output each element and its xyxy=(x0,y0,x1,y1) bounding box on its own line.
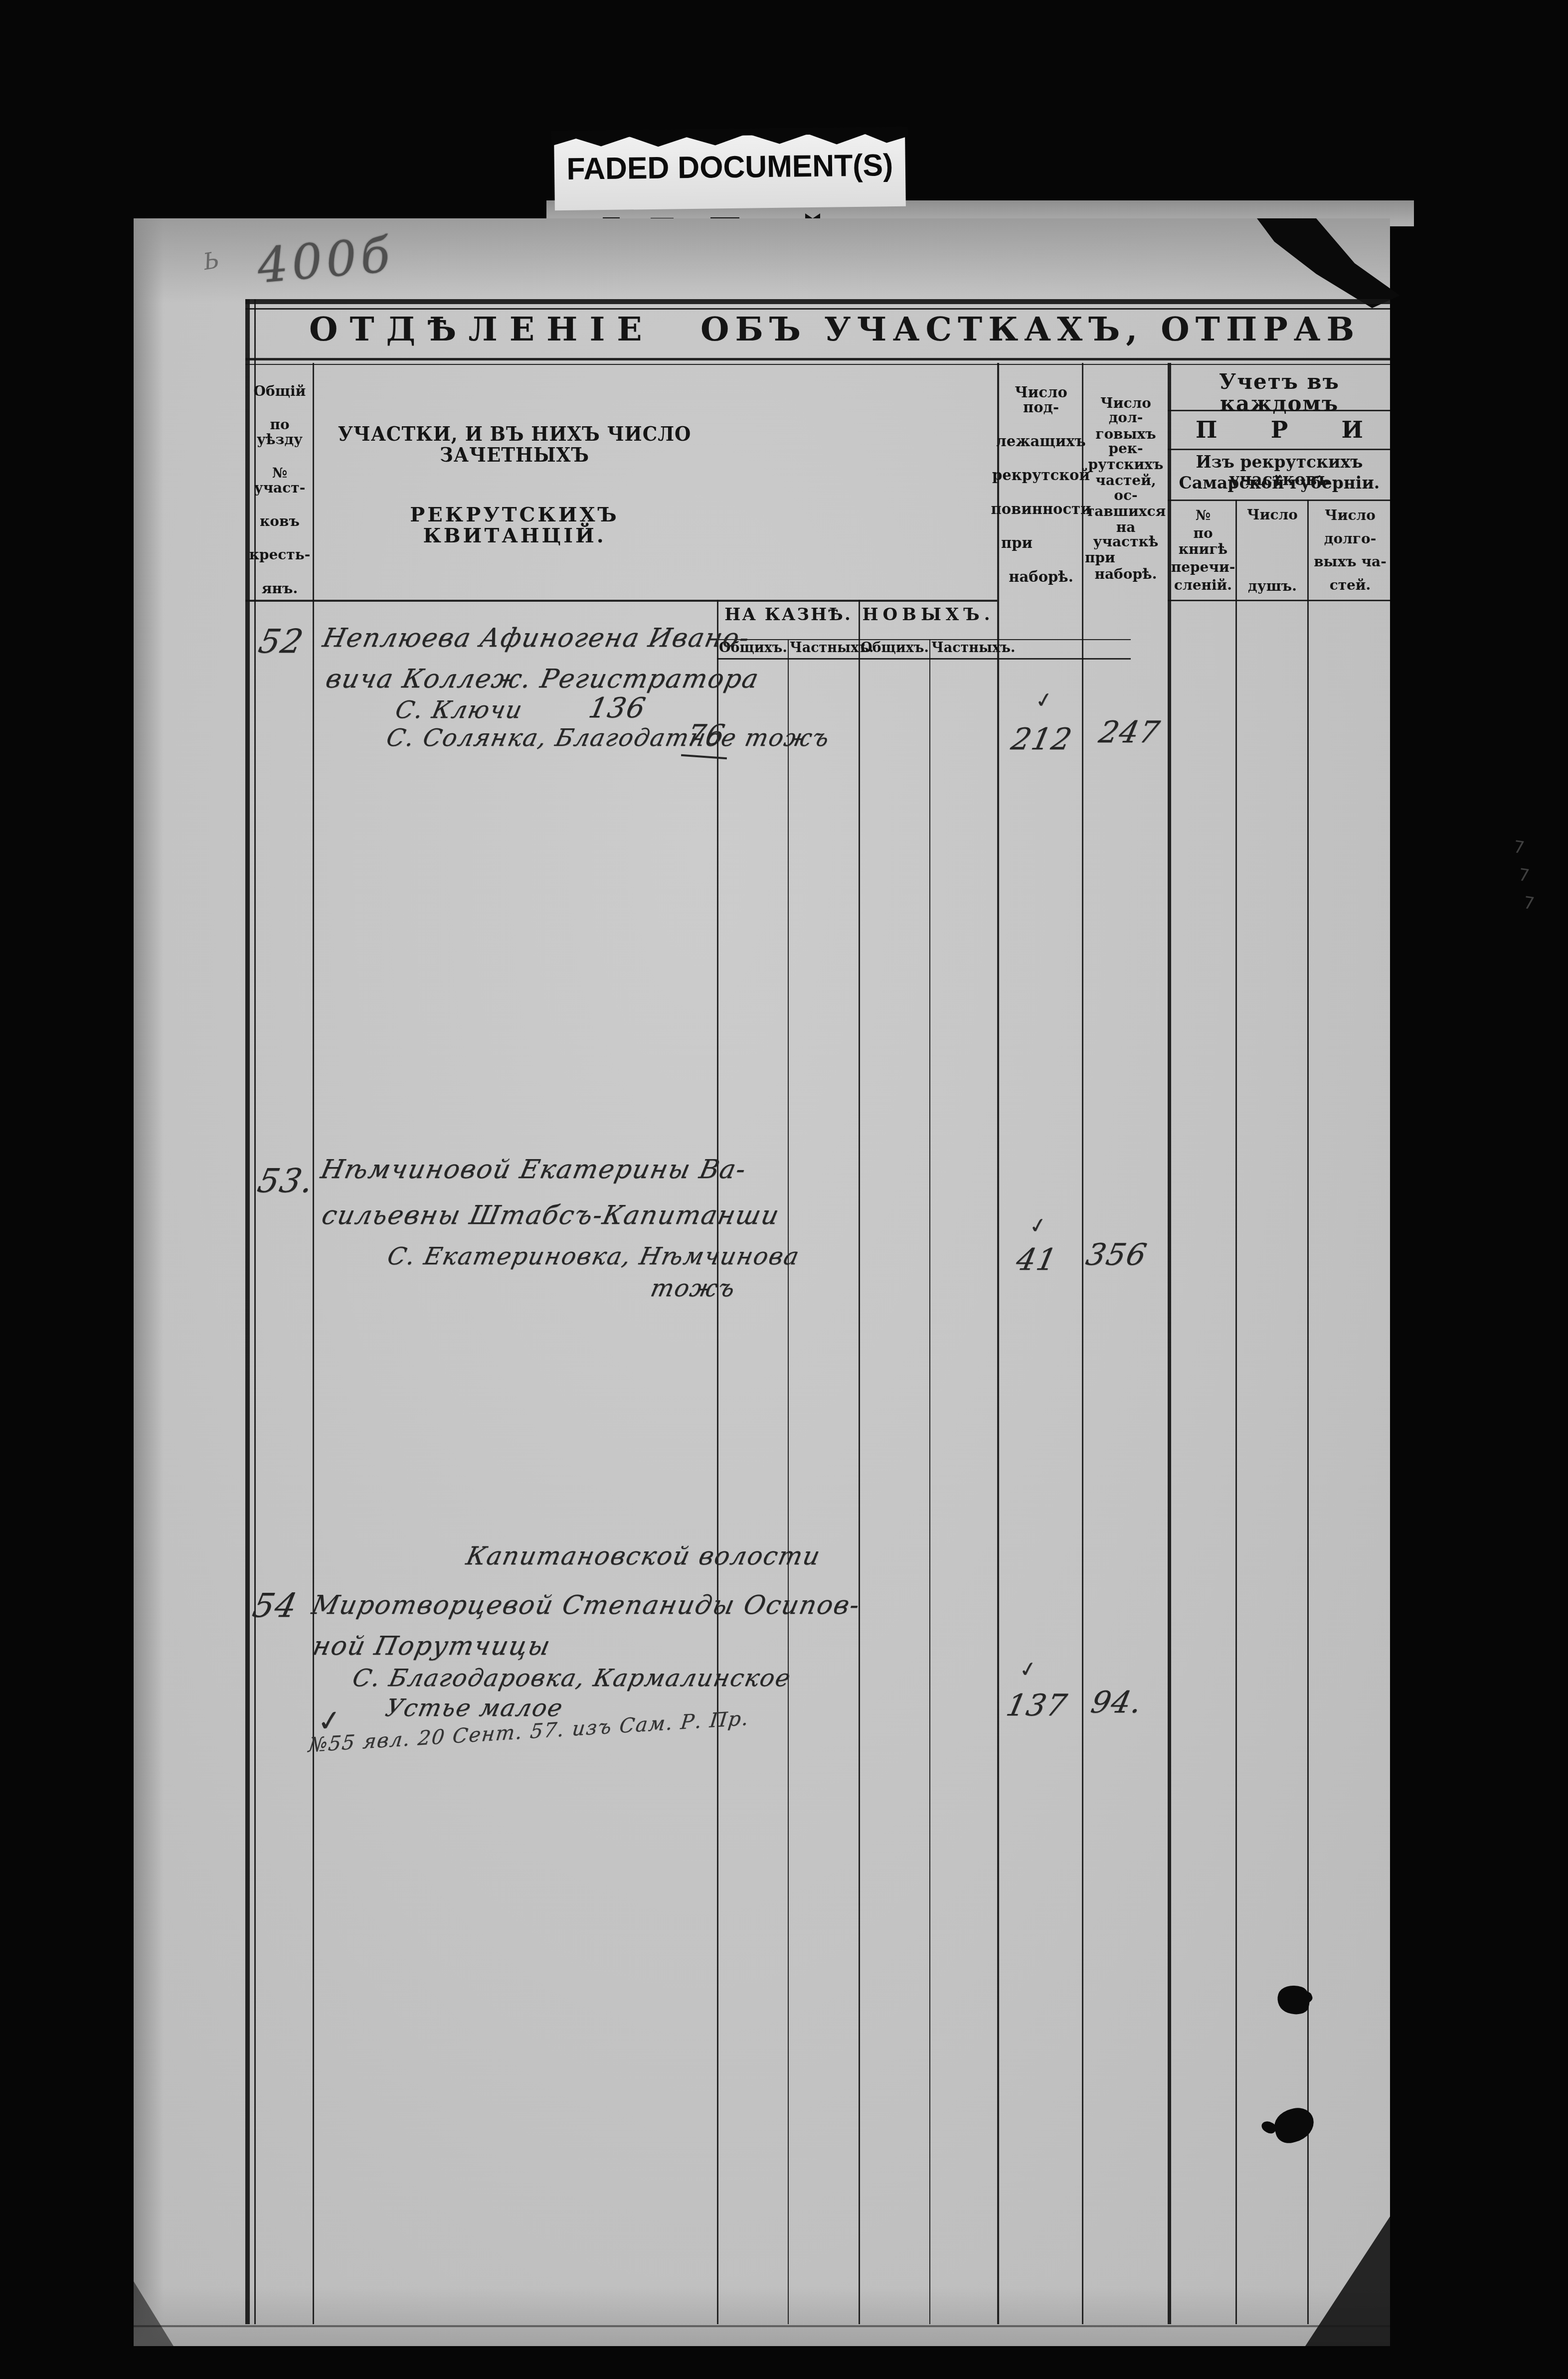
table-hline-title-bottom2 xyxy=(245,364,1390,365)
table-hline-header-bottom-left xyxy=(245,600,997,602)
table-vline-kazna-left xyxy=(717,600,718,2324)
row54-volost-note: Капитановской волости xyxy=(464,1541,823,1570)
table-vline-outer xyxy=(245,299,250,2324)
row53-num-dolg: 356 xyxy=(1083,1237,1150,1272)
row54-place1: С. Благодаровка, Кармалинское xyxy=(350,1664,794,1692)
faded-card-torn-edge xyxy=(551,127,908,149)
row53-checkmark: ✓ xyxy=(1028,1212,1049,1239)
header-iz-line2: Самарской губерніи. xyxy=(1170,475,1389,492)
page-corner-bottom-left xyxy=(134,2281,174,2346)
header-col-uchastki-line2: РЕКРУТСКИХЪ КВИТАНЦІЙ. xyxy=(315,505,714,546)
row54-number: 54 xyxy=(249,1586,301,1625)
photostat-frame: FADED DOCUMENT(S) Ь 400б xyxy=(0,0,1568,2379)
page-left-shade xyxy=(134,218,164,2346)
header-kazna: НА КАЗНѢ. xyxy=(719,606,858,624)
table-title-left: ОТДѢЛЕНІЕ xyxy=(309,312,654,346)
row54-name-line2: ной Порутчицы xyxy=(310,1631,553,1661)
table-title-right: ОБЪ УЧАСТКАХЪ, ОТПРАВ xyxy=(700,312,1389,346)
table-vline-kazna-mid1 xyxy=(788,639,789,2324)
film-edge-mark-2: 7 xyxy=(1517,865,1531,886)
header-sub-dush: Число душъ. xyxy=(1239,508,1305,593)
header-col-uezd: Общій по уѣзду № участ- ковъ кресть- янъ… xyxy=(249,384,310,596)
row52-name-line1: Неплюева Афиногена Ивано- xyxy=(320,623,753,653)
table-vline-sub1 xyxy=(1235,500,1237,2324)
table-vline-col1 xyxy=(313,363,314,2324)
header-novykh: НОВЫХЪ. xyxy=(861,606,996,624)
table-vline-podlezh xyxy=(997,363,999,2324)
film-edge-mark-1: 7 xyxy=(1512,837,1526,858)
header-pri-i: И xyxy=(1342,418,1363,442)
header-kazna-sub-3: Общихъ. xyxy=(861,641,928,655)
header-pri: П Р И xyxy=(1170,418,1389,442)
row54-num-podlezh: 137 xyxy=(1003,1688,1070,1723)
header-kazna-sub-4: Частныхъ. xyxy=(931,641,996,655)
faded-card: FADED DOCUMENT(S) xyxy=(554,134,906,211)
header-sub-dolg: Число долго- выхъ ча- стей. xyxy=(1311,508,1389,593)
row53-place1b: тожъ xyxy=(648,1274,738,1302)
faded-card-label: FADED DOCUMENT(S) xyxy=(558,148,902,187)
row52-checkmark: ✓ xyxy=(1034,686,1055,713)
row52-name-line2: вича Коллеж. Регистратора xyxy=(323,664,762,694)
row52-number: 52 xyxy=(255,622,307,661)
row52-value2: 76 xyxy=(684,719,728,751)
table-hline-header-bottom-right xyxy=(1168,600,1390,601)
ink-blot-2 xyxy=(1271,2104,1318,2146)
table-vline-outer-inner xyxy=(254,299,256,2324)
row53-num-podlezh: 41 xyxy=(1013,1242,1060,1277)
row52-num-podlezh: 212 xyxy=(1008,722,1075,757)
table-vline-dolg xyxy=(1082,363,1083,2324)
table-hline-title-bottom xyxy=(245,358,1390,360)
page-corner-wedge xyxy=(1225,218,1400,308)
table-vline-kazna-mid2 xyxy=(929,639,930,2324)
row52-num-dolg: 247 xyxy=(1096,715,1163,750)
row54-checkmark-right: ✓ xyxy=(1018,1656,1040,1683)
row53-place1: С. Екатериновка, Нѣмчинова xyxy=(385,1242,802,1270)
table-hline-iz xyxy=(1168,500,1390,501)
table-vline-kazna-center xyxy=(859,600,860,2324)
row53-name-line2: сильевны Штабсъ-Капитанши xyxy=(319,1200,782,1230)
header-col-podlezh: Число под- лежащихъ рекрутской повинност… xyxy=(1001,385,1081,584)
row52-value1: 136 xyxy=(586,692,649,724)
pencil-corner-mark: Ь xyxy=(201,246,221,275)
row52-place1: С. Ключи xyxy=(393,696,525,724)
page-bottom-crease xyxy=(134,2325,1390,2327)
document-page: Ь 400б ОТДѢЛЕНІЕ ОБЪ УЧАСТКАХЪ, ОТПРАВ xyxy=(134,218,1390,2346)
pencil-page-number: 400б xyxy=(255,226,396,294)
header-pri-p: П xyxy=(1196,418,1217,442)
row54-name-line1: Миротворцевой Степаниды Осипов- xyxy=(309,1590,863,1620)
table-hline-pri xyxy=(1168,449,1390,450)
header-sub-kniga: № по книгѣ перечи- сленій. xyxy=(1172,508,1234,593)
row53-name-line1: Нѣмчиновой Екатерины Ва- xyxy=(318,1155,749,1185)
film-edge-mark-3: 7 xyxy=(1522,893,1536,914)
header-pri-r: Р xyxy=(1271,418,1288,442)
row54-num-dolg: 94. xyxy=(1088,1685,1146,1720)
table-hline-top-bold xyxy=(245,299,1390,304)
table-hline-kazna-bottom xyxy=(717,658,1131,660)
row54-place1b: Устье малое xyxy=(383,1694,566,1722)
header-uchet: Учетъ въ каждомъ xyxy=(1170,371,1389,415)
row52-value2-underline xyxy=(681,754,727,759)
row52-place2: С. Солянка, Благодатное тожъ xyxy=(384,724,833,752)
header-col-dolg: Число дол- говыхъ рек- рутскихъ частей, … xyxy=(1085,396,1167,581)
row53-number: 53. xyxy=(254,1162,318,1200)
header-col-uchastki-line1: УЧАСТКИ, И ВЪ НИХЪ ЧИСЛО ЗАЧЕТНЫХЪ xyxy=(329,424,700,466)
table-vline-uchet-bold xyxy=(1168,363,1171,2324)
header-kazna-sub-2: Частныхъ. xyxy=(790,641,858,655)
table-vline-sub2 xyxy=(1307,500,1309,2324)
page-bottom-shade xyxy=(134,2286,1390,2346)
